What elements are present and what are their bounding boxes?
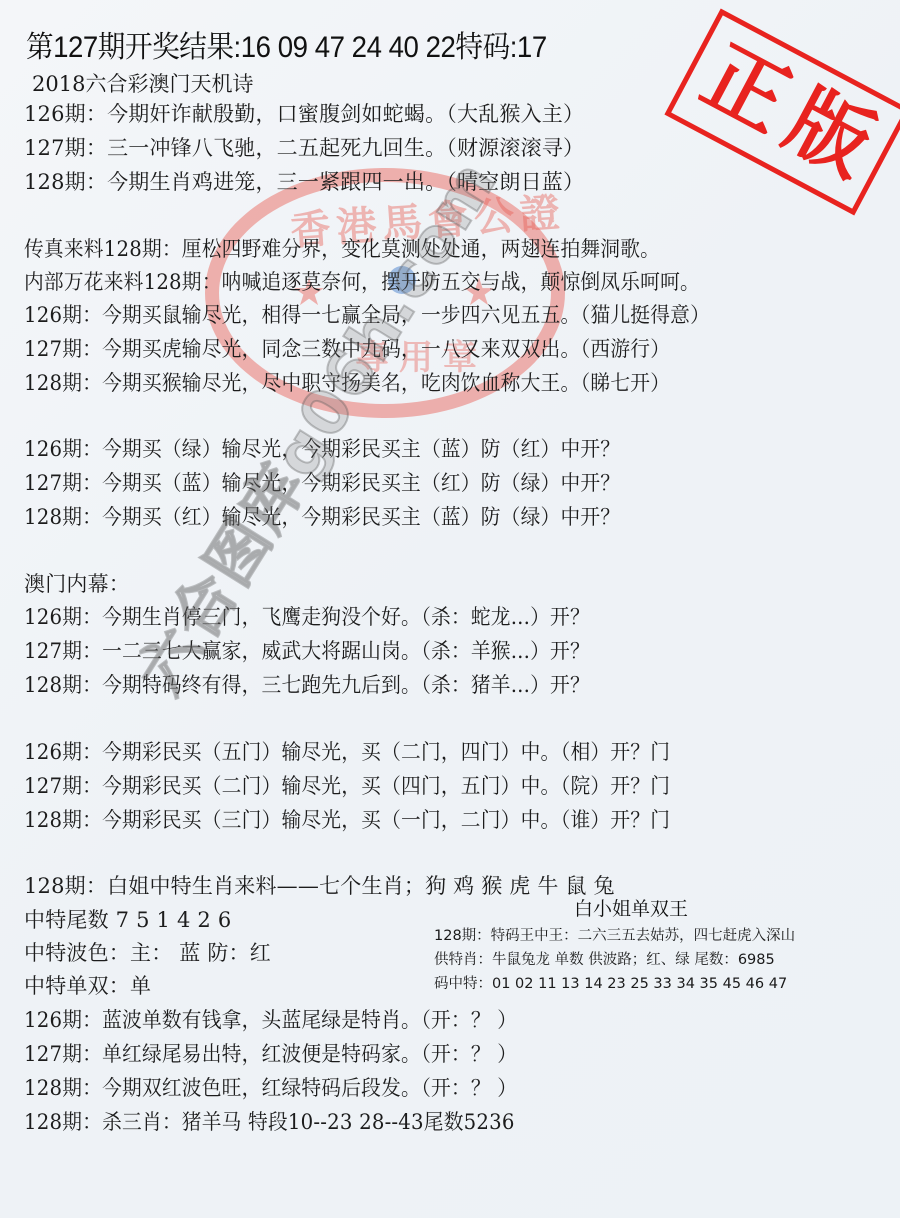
lottery-page: 香港馬會公證 ★ ★ 專用章 第127期开奖结果:16 09 47 24 40 … [0,0,900,1218]
draw-result-headline: 第127期开奖结果:16 09 47 24 40 22特码:17 [26,22,547,66]
poem-line: 127期：三一冲锋八飞驰，二五起死九回生。（财源滚滚寻） [24,132,584,162]
riddle-line: 127期：单红绿尾易出特，红波便是特码家。（开：？ ） [24,1038,517,1068]
wave-color-line: 128期：今期买（红）输尽光，今期彩民买主（蓝）防（绿）中开？ [24,501,620,531]
poem-line: 128期：今期生肖鸡进笼，三一紧跟四一出。（晴空朗日蓝） [24,166,584,196]
riddle-line: 126期：蓝波单数有钱拿，头蓝尾绿是特肖。（开：？ ） [24,1004,517,1034]
wanhua-material-line: 内部万花来料128期：呐喊追逐莫奈何，摆开防五交与战，颠惊倒凤乐呵呵。 [24,266,700,296]
bai-box-line: 供特肖：牛鼠兔龙 单数 供波路；红、绿 尾数：6985 [434,948,775,969]
tail-numbers-line: 中特尾数 7 5 1 4 2 6 [24,904,231,934]
gate-line: 128期：今期彩民买（三门）输尽光，买（一门，二门）中。（谁）开？门 [24,804,670,834]
poem-line: 126期：今期奸诈献殷勤，口蜜腹剑如蛇蝎。（大乱猴入主） [24,98,584,128]
macau-inside-line: 127期：一二三七大赢家，威武大将踞山岗。（杀：羊猴...）开？ [24,635,590,665]
bai-box-title: 白小姐单双王 [574,894,688,921]
bai-box-line: 128期：特码王中王：二六三五去姑苏，四七赶虎入深山 [434,924,795,945]
bai-box-line: 码中特：01 02 11 13 14 23 25 33 34 35 45 46 … [434,972,787,993]
kill-zodiac-line: 128期：杀三肖：猪羊马 特段10--23 28--43尾数5236 [24,1106,515,1136]
wave-color-line: 126期：今期买（绿）输尽光，今期彩民买主（蓝）防（红）中开？ [24,433,620,463]
genuine-stamp: 正 版 [664,9,900,216]
macau-inside-title: 澳门内幕： [24,568,130,598]
gate-line: 126期：今期彩民买（五门）输尽光，买（二门，四门）中。（相）开？门 [24,736,670,766]
baijie-zodiac-line: 128期：白姐中特生肖来料——七个生肖；狗 鸡 猴 虎 牛 鼠 兔 [24,870,615,900]
gate-line: 127期：今期彩民买（二门）输尽光，买（四门，五门）中。（院）开？门 [24,770,670,800]
buy-lose-line: 127期：今期买虎输尽光，同念三数中九码，一八又来双双出。（西游行） [24,333,670,363]
stamp-char: 版 [774,79,885,190]
riddle-line: 128期：今期双红波色旺，红绿特码后段发。（开：？ ） [24,1072,517,1102]
macau-inside-line: 126期：今期生肖停三门，飞鹰走狗没个好。（杀：蛇龙...）开？ [24,601,590,631]
buy-lose-line: 128期：今期买猴输尽光，尽中职守扬美名，吃肉饮血称大王。（睇七开） [24,367,670,397]
wave-color-line: 127期：今期买（蓝）输尽光，今期彩民买主（红）防（绿）中开？ [24,467,620,497]
buy-lose-line: 126期：今期买鼠输尽光，相得一七赢全局，一步四六见五五。（猫儿挺得意） [24,299,710,329]
poem-subtitle: 2018六合彩澳门天机诗 [32,68,253,98]
fax-material-line: 传真来料128期：厘松四野难分界，变化莫测处处通，两翅连拍舞洞歌。 [24,233,660,263]
odd-even-line: 中特单双：单 [24,970,151,1000]
macau-inside-line: 128期：今期特码终有得，三七跑先九后到。（杀：猪羊...）开？ [24,669,590,699]
wave-color-main-line: 中特波色：主： 蓝 防：红 [24,937,271,967]
